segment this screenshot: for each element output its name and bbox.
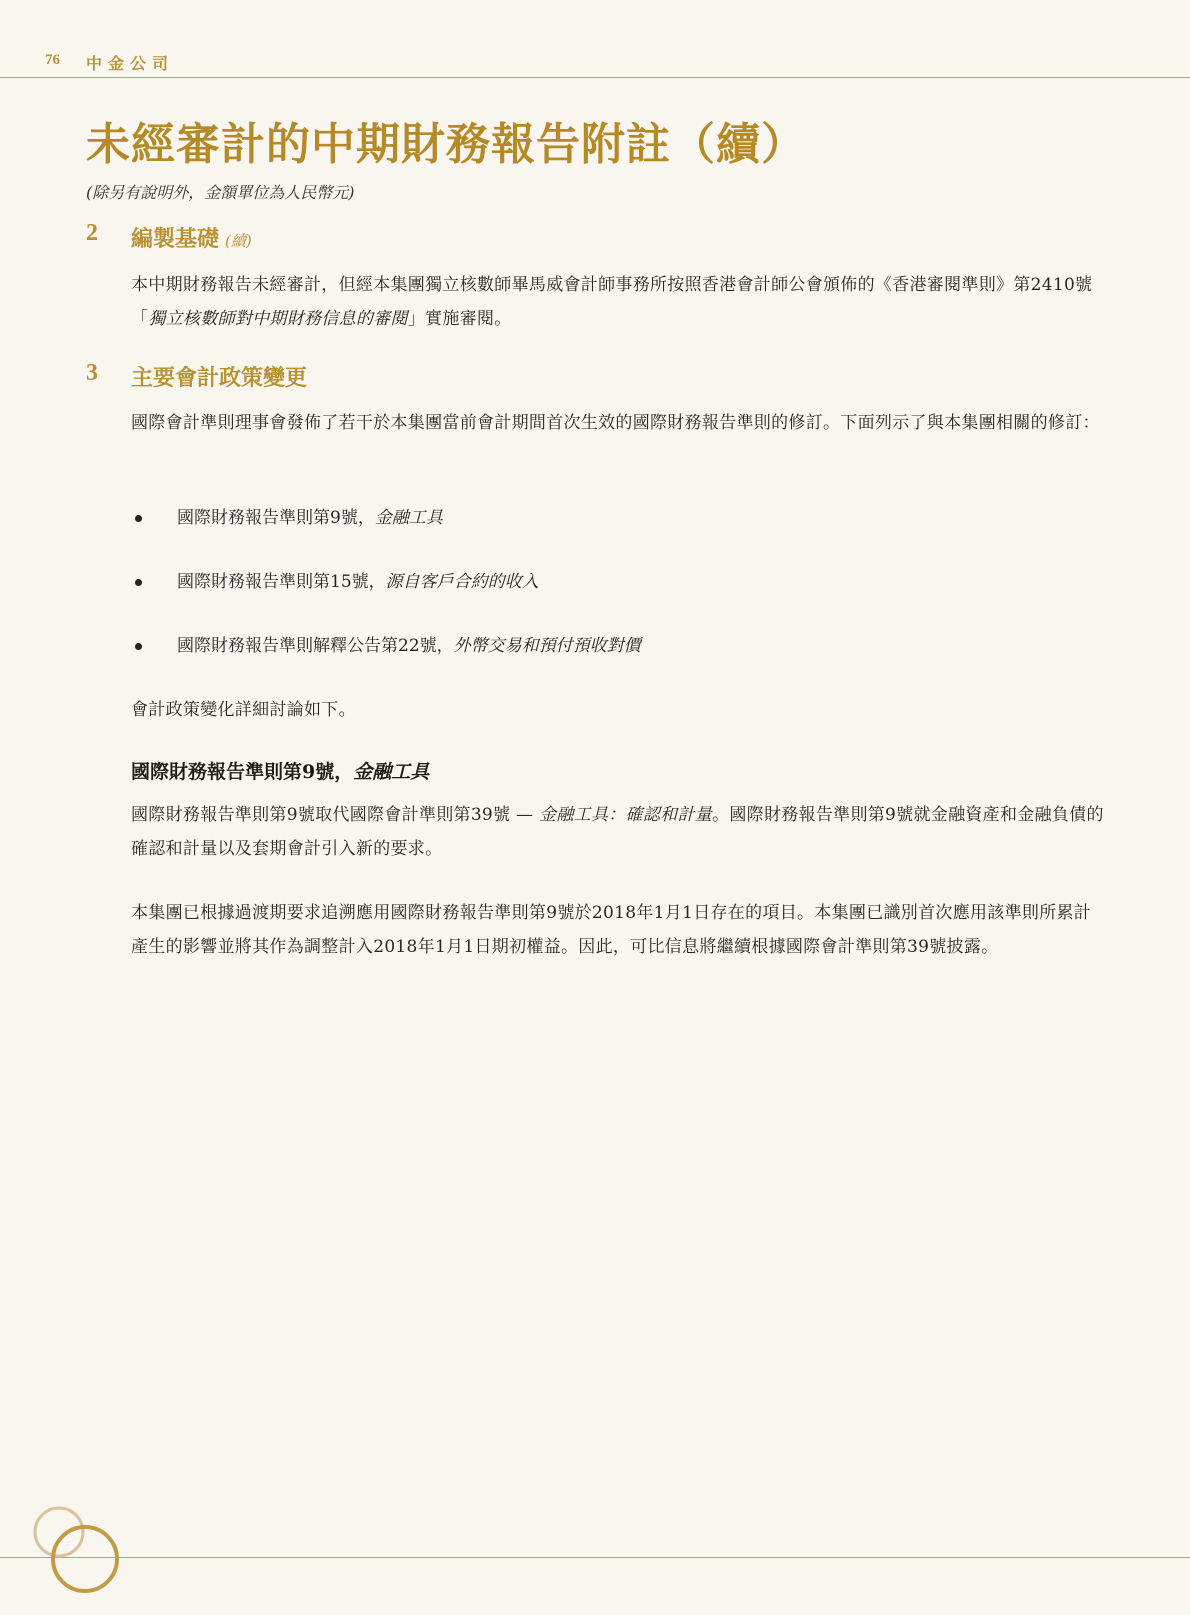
section-2-title-text: 編製基礎 xyxy=(131,226,219,252)
bullet-icon xyxy=(135,515,142,522)
bullet-icon xyxy=(135,643,142,650)
section-3-title: 主要會計政策變更 xyxy=(131,361,307,392)
bullet-italic: 源自客戶合約的收入 xyxy=(386,572,539,592)
page-subtitle: (除另有說明外，金額單位為人民幣元) xyxy=(86,180,355,203)
company-name: 中金公司 xyxy=(86,51,174,74)
details-intro: 會計政策變化詳細討論如下。 xyxy=(131,693,1106,727)
bullet-item: 國際財務報告準則解釋公告第22號，外幣交易和預付預收對價 xyxy=(131,631,1031,661)
subsection-paragraph-1: 國際財務報告準則第9號取代國際會計準則第39號 — 金融工具：確認和計量。國際財… xyxy=(131,798,1106,866)
para-italic: 金融工具：確認和計量 xyxy=(539,805,712,825)
page-number: 76 xyxy=(45,52,60,69)
section-3-intro: 國際會計準則理事會發佈了若干於本集團當前會計期間首次生效的國際財務報告準則的修訂… xyxy=(131,406,1106,440)
bullet-italic: 金融工具 xyxy=(375,508,443,528)
subsection-title: 國際財務報告準則第9號，金融工具 xyxy=(131,757,429,784)
bullet-item: 國際財務報告準則第9號，金融工具 xyxy=(131,503,1031,533)
section-3-number: 3 xyxy=(86,360,98,387)
subsection-title-text: 國際財務報告準則第9號， xyxy=(131,761,353,783)
section-2-number: 2 xyxy=(86,220,98,247)
page-header xyxy=(0,0,1190,78)
para-text: 」實施審閱。 xyxy=(408,309,512,329)
bullet-item: 國際財務報告準則第15號，源自客戶合約的收入 xyxy=(131,567,1031,597)
section-2-continued: (續) xyxy=(225,232,252,250)
footer-rings-icon xyxy=(0,1490,200,1615)
section-2-paragraph: 本中期財務報告未經審計，但經本集團獨立核數師畢馬威會計師事務所按照香港會計師公會… xyxy=(131,268,1106,336)
subsection-paragraph-2: 本集團已根據過渡期要求追溯應用國際財務報告準則第9號於2018年1月1日存在的項… xyxy=(131,896,1106,964)
page-title: 未經審計的中期財務報告附註（續） xyxy=(86,108,806,172)
subsection-title-italic: 金融工具 xyxy=(353,761,429,783)
bullet-text: 國際財務報告準則第9號， xyxy=(177,508,375,528)
bullet-icon xyxy=(135,579,142,586)
para-italic: 獨立核數師對中期財務信息的審閱 xyxy=(148,309,408,329)
section-2-title: 編製基礎(續) xyxy=(131,222,252,253)
bullet-text: 國際財務報告準則第15號， xyxy=(177,572,386,592)
para-text: 國際財務報告準則第9號取代國際會計準則第39號 — xyxy=(131,805,539,825)
bullet-italic: 外幣交易和預付預收對價 xyxy=(454,636,641,656)
bullet-text: 國際財務報告準則解釋公告第22號， xyxy=(177,636,454,656)
